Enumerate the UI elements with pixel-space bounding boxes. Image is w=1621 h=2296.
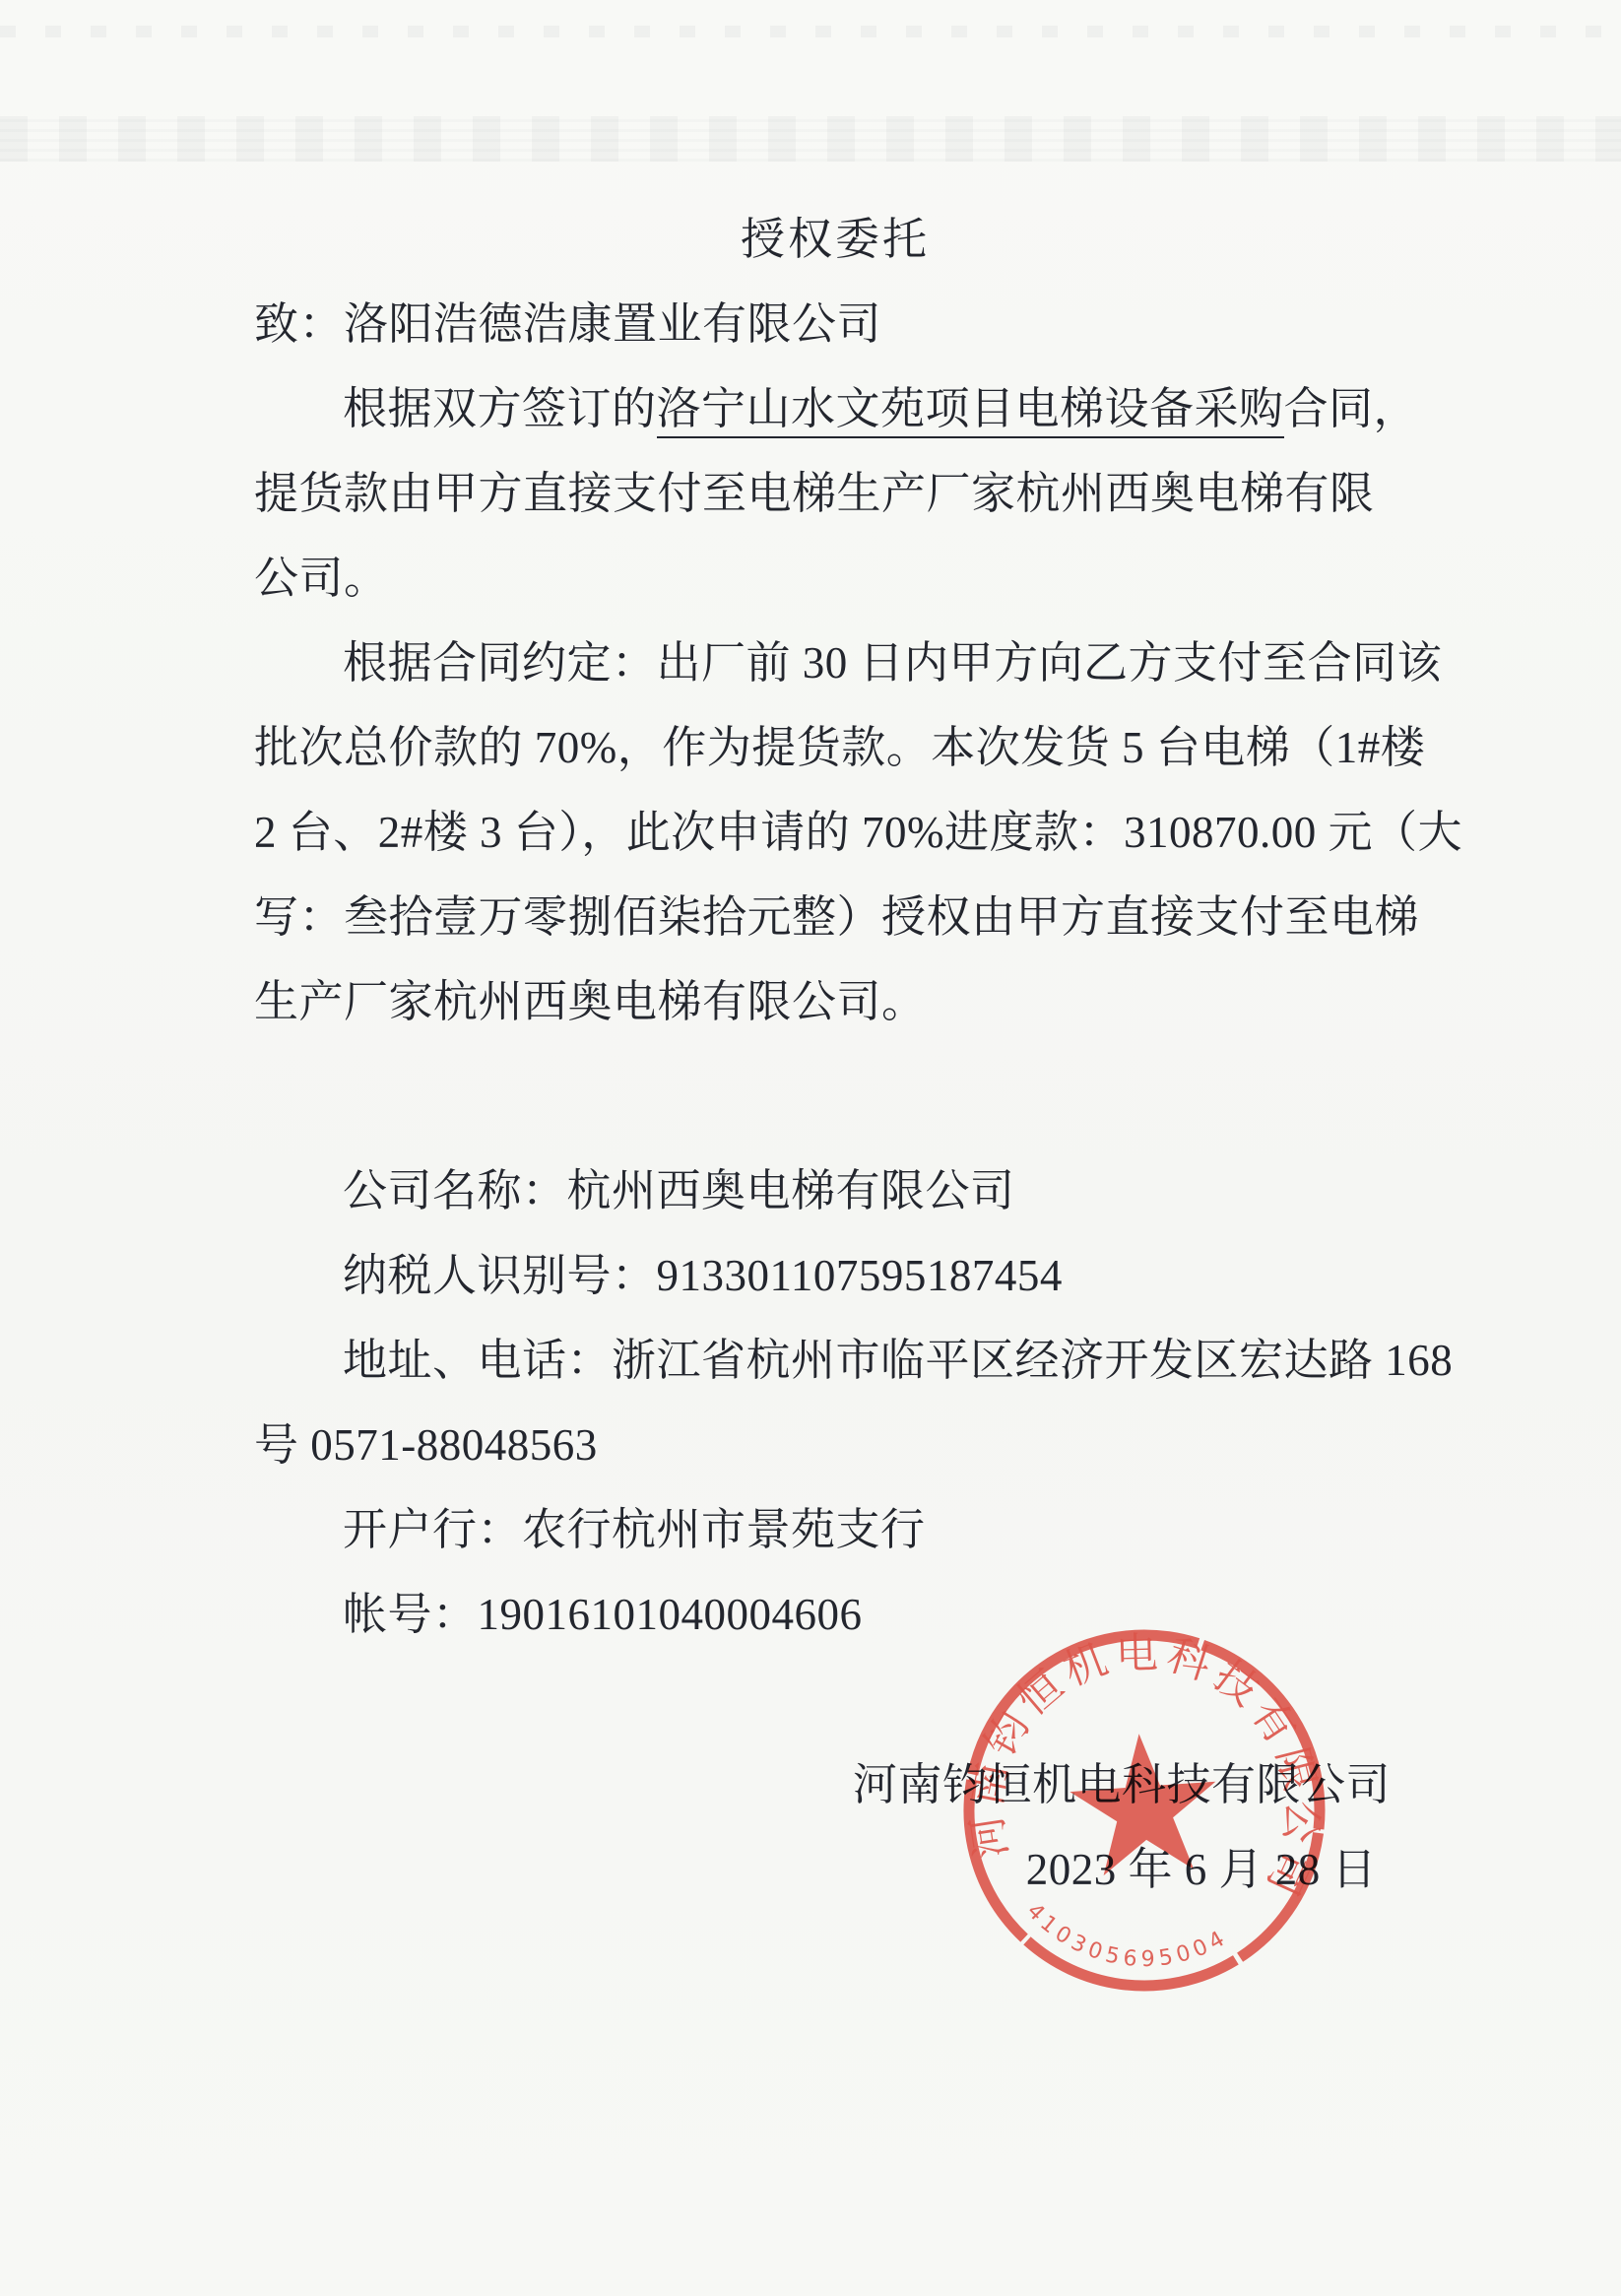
para2-line5: 生产厂家杭州西奥电梯有限公司。: [254, 959, 1416, 1044]
para2-line2: 批次总价款的 70%，作为提货款。本次发货 5 台电梯（1#楼: [254, 705, 1416, 790]
para1-contract-name-underlined: 洛宁山水文苑项目电梯设备采购: [657, 384, 1284, 438]
para1-line1-prefix: 根据双方签订的: [343, 384, 657, 433]
company-name-line: 公司名称：杭州西奥电梯有限公司: [254, 1148, 1416, 1233]
scan-artifact-streak: [0, 26, 1621, 37]
address-line-2: 号 0571-88048563: [254, 1403, 1416, 1487]
address-line-1: 地址、电话：浙江省杭州市临平区经济开发区宏达路 168: [254, 1318, 1416, 1403]
tax-id-line: 纳税人识别号：913301107595187454: [254, 1233, 1416, 1318]
para2-line4: 写：叁拾壹万零捌佰柒拾元整）授权由甲方直接支付至电梯: [254, 875, 1416, 959]
para1-line1-suffix: 合同，: [1284, 384, 1419, 433]
para2-line1: 根据合同约定：出厂前 30 日内甲方向乙方支付至合同该: [254, 621, 1416, 705]
company-seal-stamp: 河南钧恒机电科技有限公司 410305695004: [947, 1613, 1341, 2007]
para2-line3: 2 台、2#楼 3 台），此次申请的 70%进度款：310870.00 元（大: [254, 790, 1416, 875]
scan-artifact-streak: [0, 116, 1621, 162]
document-title: 授权委托: [254, 197, 1416, 282]
para1-line3: 公司。: [254, 536, 1416, 621]
recipient-line: 致：洛阳浩德浩康置业有限公司: [254, 282, 1416, 366]
para1-line1: 根据双方签订的洛宁山水文苑项目电梯设备采购合同，: [254, 366, 1416, 451]
para1-line2: 提货款由甲方直接支付至电梯生产厂家杭州西奥电梯有限: [254, 451, 1416, 536]
seal-star-icon: [1067, 1729, 1222, 1877]
scanned-document-page: 授权委托 致：洛阳浩德浩康置业有限公司 根据双方签订的洛宁山水文苑项目电梯设备采…: [0, 0, 1621, 2296]
bank-line: 开户行：农行杭州市景苑支行: [254, 1487, 1416, 1572]
paragraph-gap: [254, 1044, 1416, 1148]
